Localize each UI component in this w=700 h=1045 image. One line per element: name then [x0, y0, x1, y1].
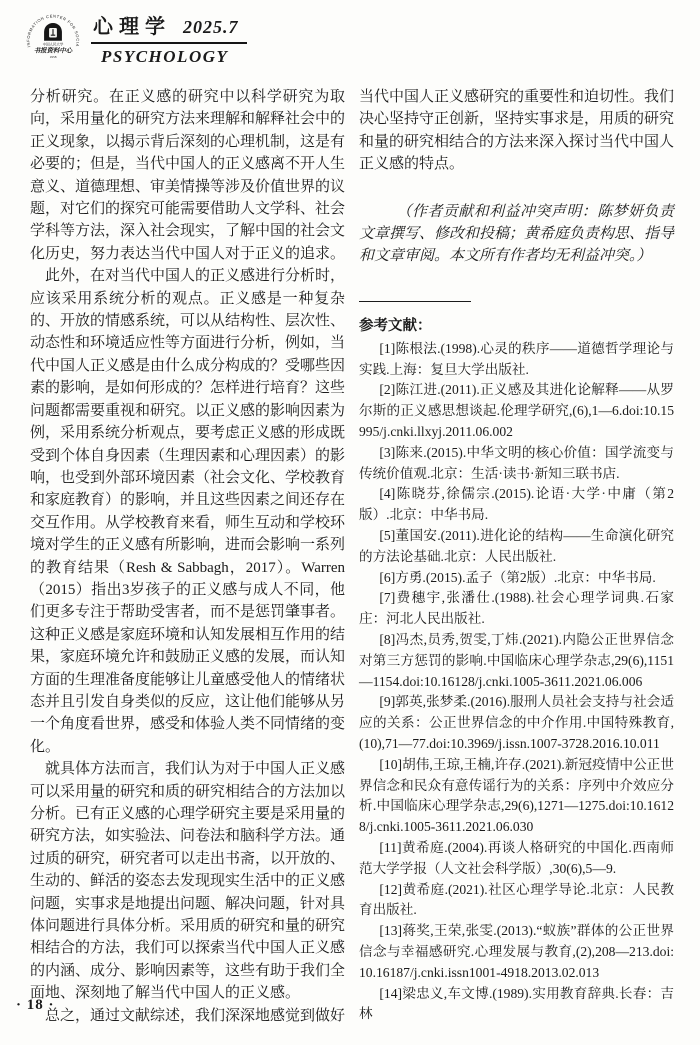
reference-item-4: [4]陈晓芬,徐儒宗.(2015).论语·大学·中庸（第2版）.北京：中华书局.: [359, 484, 674, 526]
seal-year: 1958: [50, 55, 57, 59]
references-heading: 参考文献：: [359, 314, 674, 335]
page-number: · 18 ·: [16, 997, 55, 1014]
reference-item-11: [11]黄希庭.(2004).再谈人格研究的中国化.西南师范大学学报（人文社会科…: [359, 838, 674, 880]
reference-item-13: [13]蒋奖,王荣,张雯.(2013).“蚁族”群体的公正世界信念与幸福感研究.…: [359, 921, 674, 983]
references-divider: [359, 301, 471, 302]
journal-title-en: PSYCHOLOGY: [91, 47, 247, 67]
right-column: 当代中国人正义感研究的重要性和迫切性。我们决心坚持守正创新，坚持实事求是，用质的…: [359, 86, 674, 1027]
author-contribution-note: （作者贡献和利益冲突声明：陈梦妍负责文章撰写、修改和投稿；黄希庭负责构思、指导和…: [359, 201, 674, 268]
reference-item-3: [3]陈来.(2015).中华文明的核心价值：国学流变与传统价值观.北京：生活·…: [359, 443, 674, 485]
body-paragraph-4: 总之，通过文献综述，我们深深地感觉到做好: [30, 1005, 345, 1027]
reference-item-1: [1]陈根法.(1998).心灵的秩序——道德哲学理论与实践.上海：复旦大学出版…: [359, 339, 674, 381]
journal-title-block: 心理学 2025.7 PSYCHOLOGY: [91, 8, 247, 67]
journal-title-zh: 心理学: [93, 16, 171, 38]
journal-masthead: INFORMATION CENTER FOR SOCIAL SCIENCES 中…: [24, 8, 247, 67]
journal-page: INFORMATION CENTER FOR SOCIAL SCIENCES 中…: [0, 0, 700, 1045]
journal-logo-icon: INFORMATION CENTER FOR SOCIAL SCIENCES 中…: [24, 9, 82, 67]
journal-issue: 2025.7: [183, 17, 239, 37]
body-paragraph-5: 当代中国人正义感研究的重要性和迫切性。我们决心坚持守正创新，坚持实事求是，用质的…: [359, 86, 674, 176]
body-paragraph-3: 就具体方法而言，我们认为对于中国人正义感可以采用量的研究和质的研究相结合的方法加…: [30, 758, 345, 1004]
reference-item-8: [8]冯杰,员秀,贺雯,丁炜.(2021).内隐公正世界信念对第三方惩罚的影响.…: [359, 630, 674, 692]
left-column: 分析研究。在正义感的研究中以科学研究为取向，采用量化的研究方法来理解和解释社会中…: [30, 86, 345, 1027]
seal-university-text: 中国人民大学: [43, 41, 64, 46]
reference-item-10: [10]胡伟,王琼,王楠,许存.(2021).新冠疫情中公正世界信念和民众有意传…: [359, 755, 674, 838]
reference-item-9: [9]郭英,张梦柔.(2016).服刑人员社会支持与社会适应的关系：公正世界信念…: [359, 692, 674, 754]
seal-icon: INFORMATION CENTER FOR SOCIAL SCIENCES 中…: [24, 9, 82, 67]
reference-item-2: [2]陈江进.(2011).正义感及其进化论解释——从罗尔斯的正义感思想谈起.伦…: [359, 380, 674, 442]
body-paragraph-2: 此外，在对当代中国人的正义感进行分析时，应该采用系统分析的观点。正义感是一种复杂…: [30, 265, 345, 758]
reference-item-12: [12]黄希庭.(2021).社区心理学导论.北京：人民教育出版社.: [359, 880, 674, 922]
reference-item-5: [5]董国安.(2011).进化论的结构——生命演化研究的方法论基础.北京：人民…: [359, 526, 674, 568]
seal-center-name: 书报资料中心: [34, 46, 74, 54]
body-paragraph-1: 分析研究。在正义感的研究中以科学研究为取向，采用量化的研究方法来理解和解释社会中…: [30, 86, 345, 265]
reference-item-7: [7]费穗宇,张潘仕.(1988).社会心理学词典.石家庄：河北人民出版社.: [359, 588, 674, 630]
reference-item-6: [6]方勇.(2015).孟子（第2版）.北京：中华书局.: [359, 568, 674, 589]
article-body: 分析研究。在正义感的研究中以科学研究为取向，采用量化的研究方法来理解和解释社会中…: [30, 86, 674, 1027]
reference-item-14: [14]梁忠义,车文博.(1989).实用教育辞典.长春：吉林: [359, 984, 674, 1026]
journal-title-row: 心理学 2025.7: [91, 10, 247, 44]
